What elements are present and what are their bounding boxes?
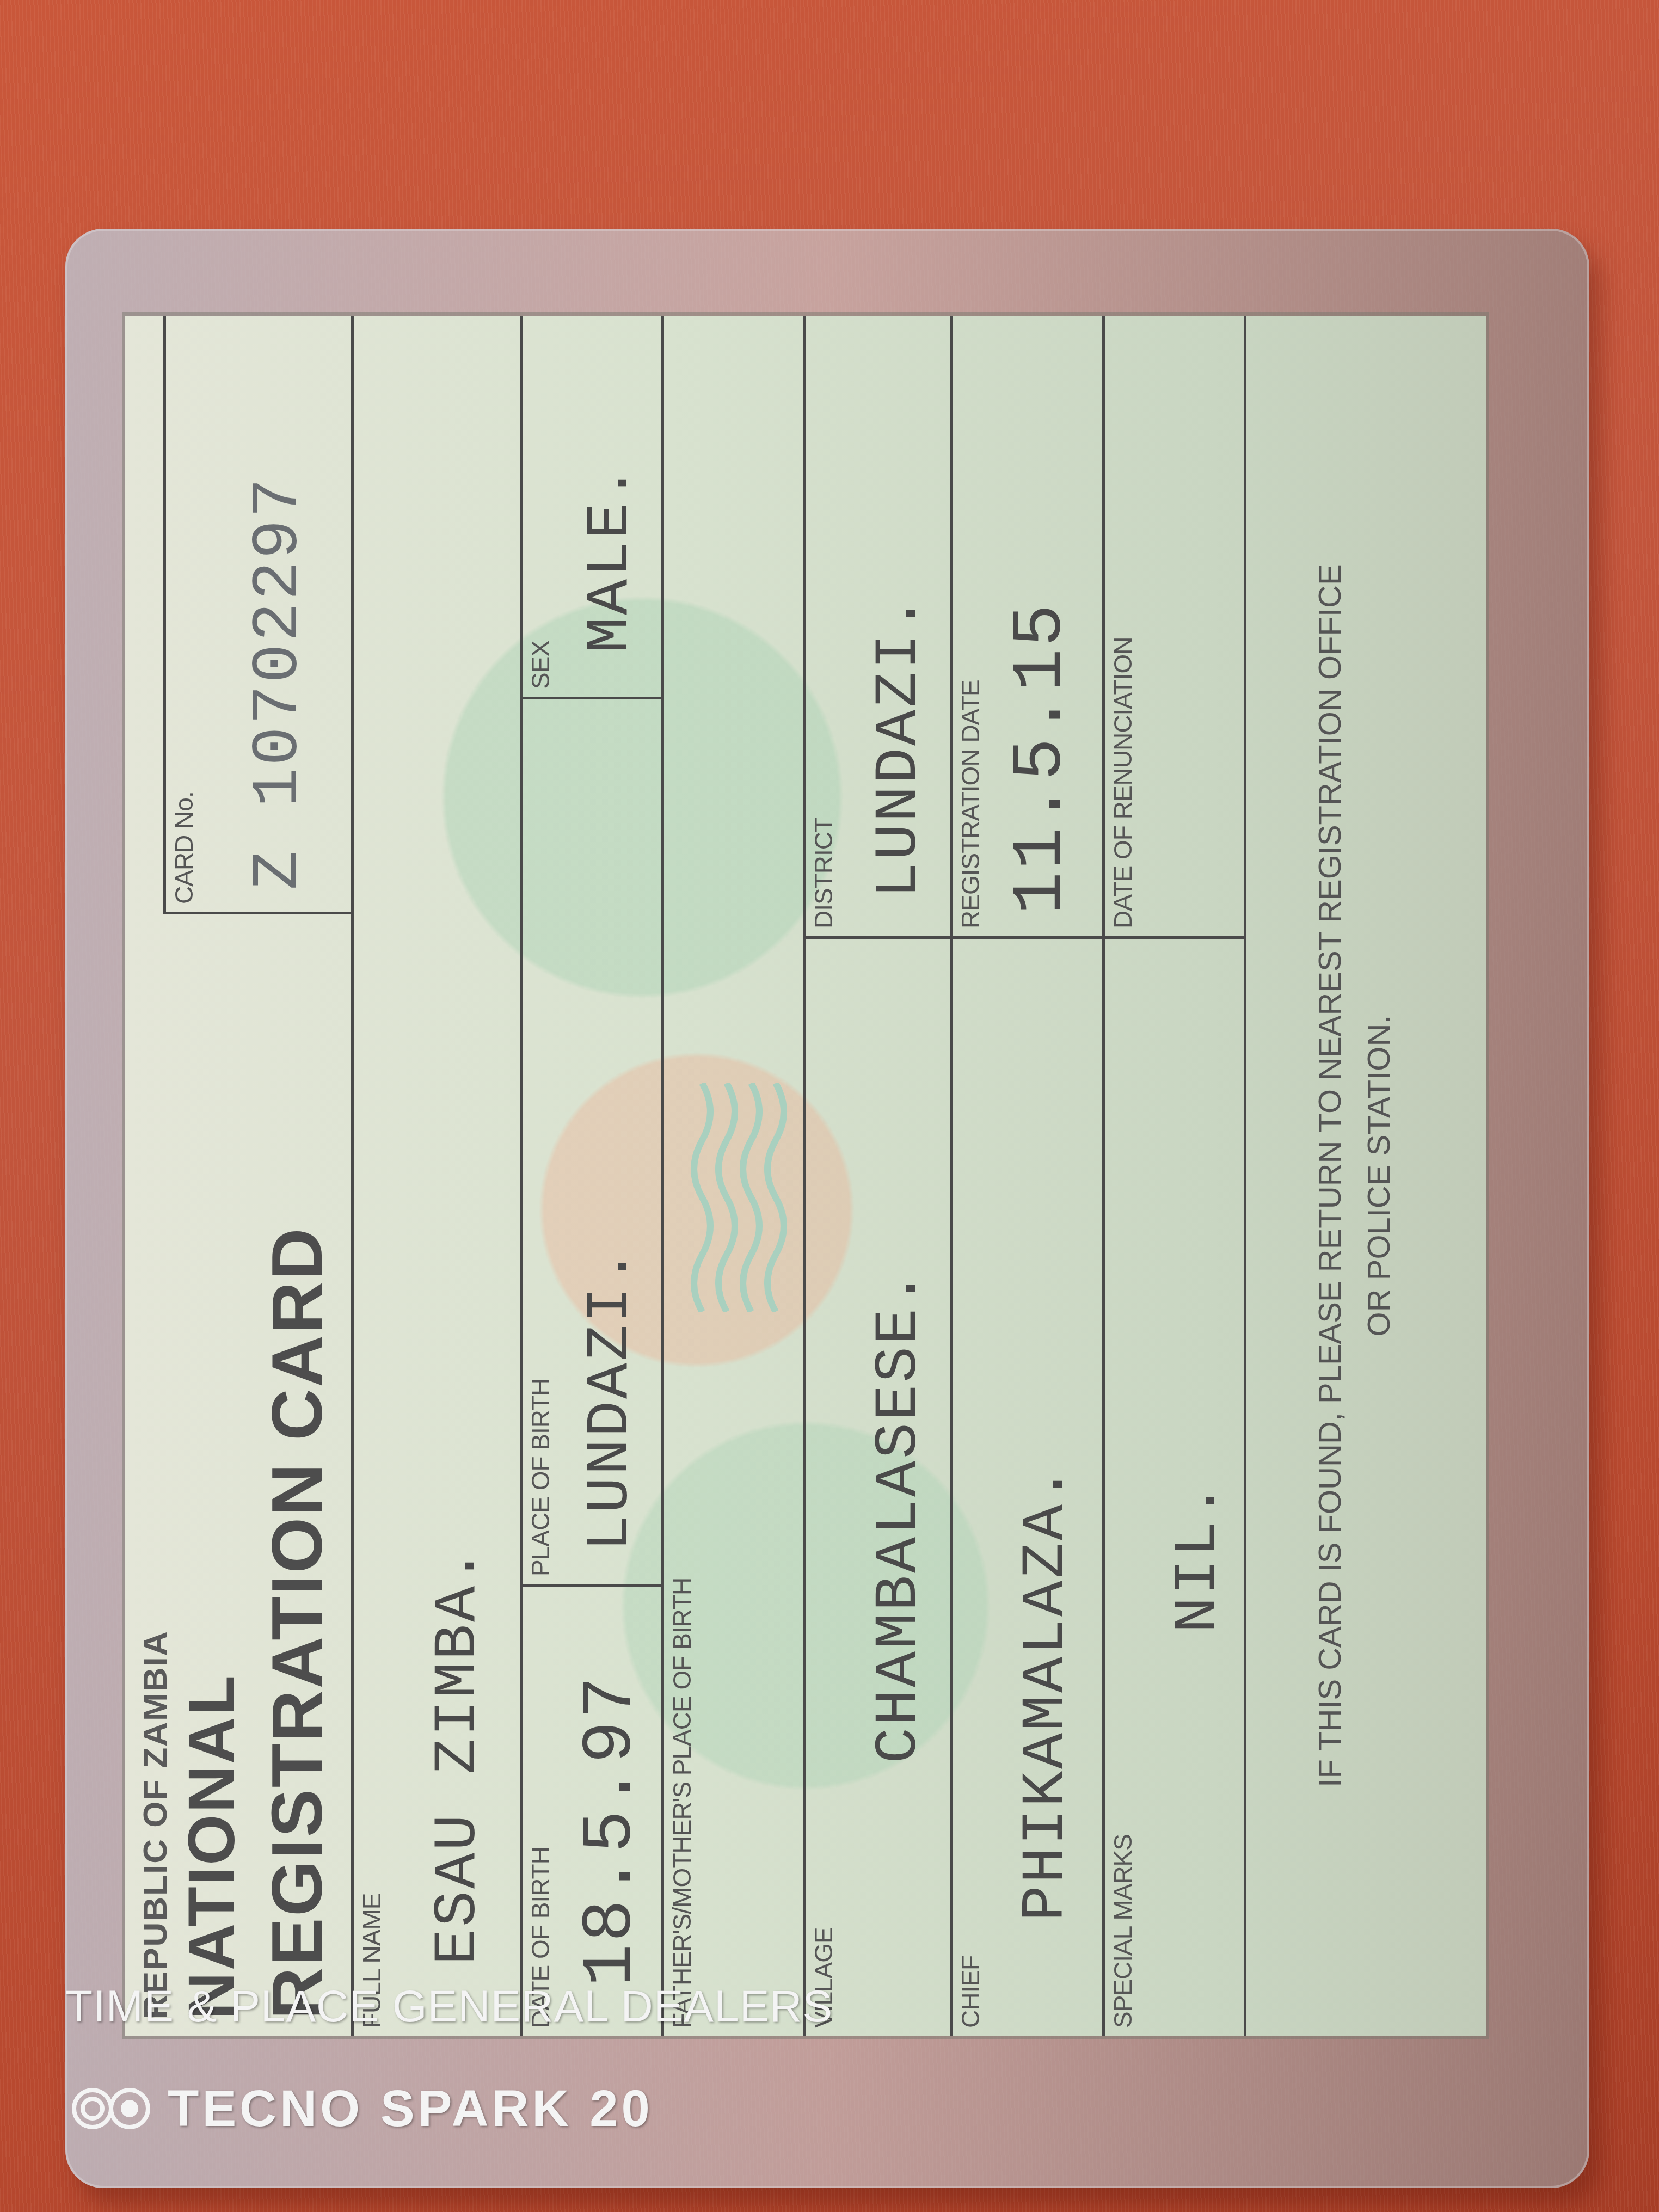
parents-place-of-birth-label: FATHER'S/MOTHER'S PLACE OF BIRTH — [667, 1578, 697, 2028]
date-of-birth-value: 18.5.97 — [572, 1674, 652, 1987]
parents-place-of-birth-cell: FATHER'S/MOTHER'S PLACE OF BIRTH — [664, 316, 806, 2036]
watermark-brand: TECNO SPARK 20 — [71, 2079, 653, 2138]
national-registration-card: REPUBLIC OF ZAMBIA NATIONAL REGISTRATION… — [125, 316, 1486, 2036]
place-of-birth-label: PLACE OF BIRTH — [526, 1379, 555, 1576]
village-cell: VILLAGE CHAMBALASESE. — [806, 936, 953, 2036]
footer-line-1: IF THIS CARD IS FOUND, PLEASE RETURN TO … — [1312, 316, 1348, 2036]
registration-date-value: 11.5.15 — [1001, 602, 1082, 914]
sex-cell: SEX MALE. — [523, 316, 664, 697]
sex-label: SEX — [526, 641, 555, 689]
republic-label: REPUBLIC OF ZAMBIA — [136, 1630, 175, 2019]
place-of-birth-value: LUNDAZI. — [577, 1246, 645, 1551]
watermark-brand-text: TECNO SPARK 20 — [168, 2079, 653, 2138]
chief-label: CHIEF — [956, 1956, 985, 2028]
special-marks-cell: SPECIAL MARKS NIL. — [1105, 936, 1246, 2036]
title-registration-card: REGISTRATION CARD — [256, 1226, 338, 2019]
registration-date-label: REGISTRATION DATE — [956, 680, 985, 929]
sex-value: MALE. — [577, 463, 645, 653]
chief-value: PHIKAMALAZA. — [1012, 1464, 1080, 1921]
district-label: DISTRICT — [809, 818, 838, 929]
village-value: CHAMBALASESE. — [865, 1268, 933, 1764]
full-name-cell: FULL NAME ESAU ZIMBA. — [354, 316, 523, 2036]
special-marks-value: NIL. — [1165, 1480, 1233, 1633]
footer-line-2: OR POLICE STATION. — [1361, 316, 1397, 2036]
district-value: LUNDAZI. — [865, 593, 933, 898]
registration-date-cell: REGISTRATION DATE 11.5.15 — [953, 316, 1105, 936]
date-of-birth-cell: DATE OF BIRTH 18.5.97 — [523, 1584, 664, 2036]
place-of-birth-cell: PLACE OF BIRTH LUNDAZI. — [523, 697, 664, 1584]
watermark-dealer-text: TIME & PLACE GENERAL DEALERS — [65, 1981, 833, 2032]
full-name-value: ESAU ZIMBA. — [425, 1546, 493, 1965]
card-header: REPUBLIC OF ZAMBIA NATIONAL REGISTRATION… — [125, 914, 354, 2036]
card-holder: REPUBLIC OF ZAMBIA NATIONAL REGISTRATION… — [125, 316, 1486, 2036]
wave-emblem-icon — [686, 1083, 795, 1312]
chief-cell: CHIEF PHIKAMALAZA. — [953, 936, 1105, 2036]
date-of-renunciation-label: DATE OF RENUNCIATION — [1108, 637, 1138, 929]
card-no-label: CARD No. — [169, 791, 199, 904]
card-no-value: Z 10702297 — [242, 476, 316, 890]
date-of-renunciation-cell: DATE OF RENUNCIATION — [1105, 316, 1246, 936]
special-marks-label: SPECIAL MARKS — [1108, 1834, 1138, 2028]
tecno-dual-ring-icon — [71, 2087, 152, 2130]
card-no-cell: CARD No. Z 10702297 — [163, 316, 354, 914]
title-national: NATIONAL — [174, 1674, 249, 2019]
district-cell: DISTRICT LUNDAZI. — [806, 316, 953, 936]
